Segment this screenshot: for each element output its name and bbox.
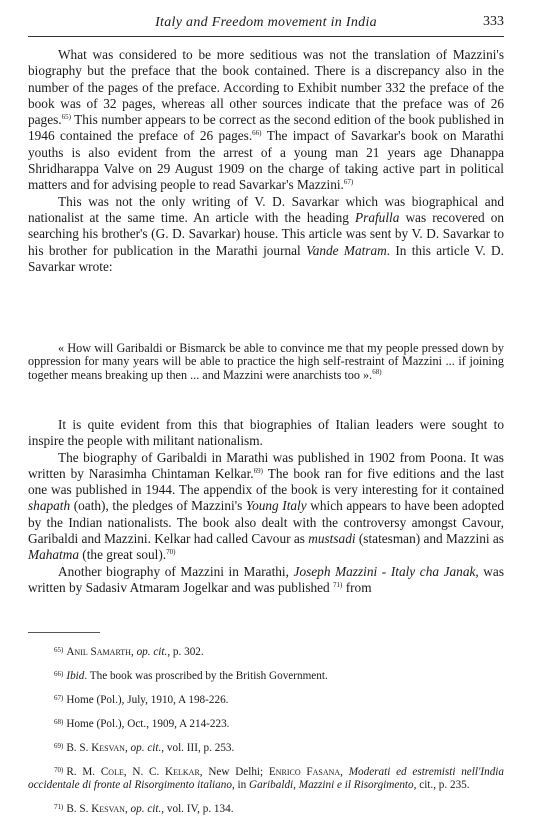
author-name: Cole xyxy=(101,766,124,778)
author-name: Kelkar xyxy=(165,766,200,778)
quote-paragraph: « How will Garibaldi or Bismarck be able… xyxy=(28,342,504,382)
footnote-number: 66) xyxy=(54,670,63,678)
footnote-ref: 70) xyxy=(166,548,175,556)
author-name: Kesvan xyxy=(91,803,125,815)
footnote-number: 68) xyxy=(54,718,63,726)
footnote-ref: 67) xyxy=(344,178,353,186)
paragraph: What was considered to be more seditious… xyxy=(28,47,504,194)
footnote: 66)Ibid. The book was proscribed by the … xyxy=(28,668,504,683)
italic-text: Ibid xyxy=(66,670,84,682)
italic-text: op. cit. xyxy=(137,646,168,658)
footnote: 68)Home (Pol.), Oct., 1909, A 214-223. xyxy=(28,716,504,731)
paragraph: Another biography of Mazzini in Marathi,… xyxy=(28,564,504,597)
italic-text: Young Italy xyxy=(246,498,307,513)
running-title: Italy and Freedom movement in India xyxy=(28,15,504,31)
italic-text: Mahatma xyxy=(28,547,79,562)
footnote-number: 65) xyxy=(54,646,63,654)
footnote-separator xyxy=(28,632,100,633)
italic-text: Joseph Mazzini - Italy cha Janak, xyxy=(294,564,479,579)
italic-text: op. cit. xyxy=(131,803,162,815)
italic-text: shapath xyxy=(28,498,70,513)
italic-text: Prafulla xyxy=(355,210,399,225)
footnote-number: 67) xyxy=(54,694,63,702)
main-text-lower: It is quite evident from this that biogr… xyxy=(28,417,504,596)
author-name: Enrico Fasana xyxy=(269,766,340,778)
author-name: Anil Samarth xyxy=(66,646,131,658)
footnote-ref: 71) xyxy=(333,581,342,589)
footnote-number: 69) xyxy=(54,742,63,750)
footnote: 70)R. M. Cole, N. C. Kelkar, New Delhi; … xyxy=(28,764,504,791)
footnote: 65)Anil Samarth, op. cit., p. 302. xyxy=(28,644,504,659)
main-text-upper: What was considered to be more seditious… xyxy=(28,47,504,275)
page-number: 333 xyxy=(483,14,504,30)
paragraph: It is quite evident from this that biogr… xyxy=(28,417,504,450)
footnote: 69)B. S. Kesvan, op. cit., vol. III, p. … xyxy=(28,740,504,755)
italic-text: Garibaldi, Mazzini e il Risorgimento xyxy=(249,779,414,791)
footnote-ref: 66) xyxy=(252,129,261,137)
footnote-ref: 65) xyxy=(62,113,71,121)
italic-text: mustsadi xyxy=(308,531,355,546)
footnotes: 65)Anil Samarth, op. cit., p. 302.66)Ibi… xyxy=(28,644,504,825)
author-name: Kesvan xyxy=(91,742,125,754)
footnote-number: 70) xyxy=(54,766,63,774)
footnote: 71)B. S. Kesvan, op. cit., vol. IV, p. 1… xyxy=(28,801,504,816)
footnote-ref: 69) xyxy=(254,467,263,475)
footnote: 67)Home (Pol.), July, 1910, A 198-226. xyxy=(28,692,504,707)
paragraph: The biography of Garibaldi in Marathi wa… xyxy=(28,450,504,564)
italic-text: Vande Matram xyxy=(306,243,387,258)
running-header: Italy and Freedom movement in India 333 xyxy=(28,12,504,37)
footnote-ref: 68) xyxy=(372,368,381,376)
block-quote: « How will Garibaldi or Bismarck be able… xyxy=(28,342,504,382)
paragraph: This was not the only writing of V. D. S… xyxy=(28,194,504,275)
footnote-number: 71) xyxy=(54,803,63,811)
italic-text: op. cit. xyxy=(131,742,162,754)
